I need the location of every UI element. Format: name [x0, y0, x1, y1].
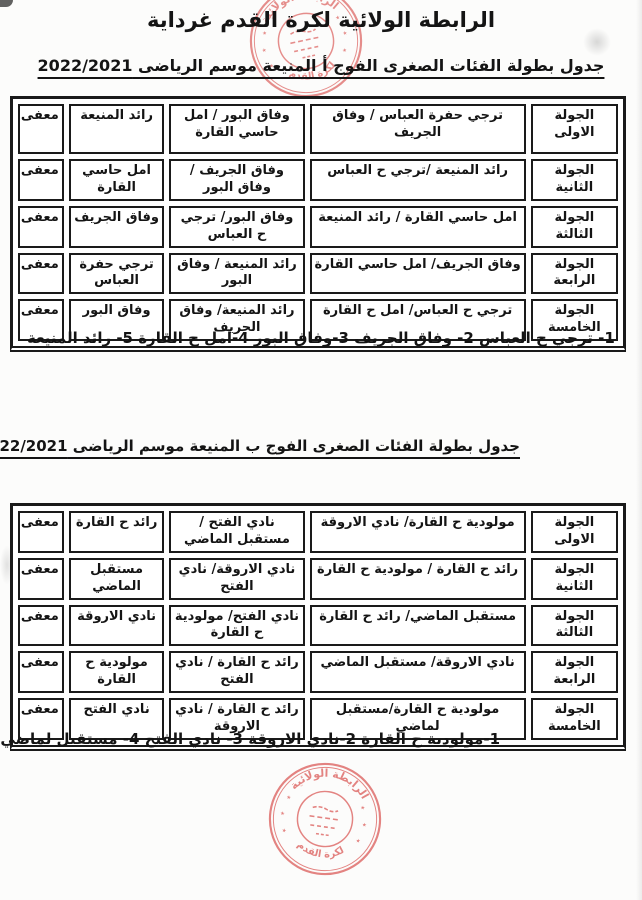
resting-team-cell: نادي الاروقة: [69, 605, 165, 647]
match-cell-1: نادي الاروقة/ مستقبل الماضي: [310, 651, 526, 693]
match-cell-2: وفاق البور/ ترجي ح العباس: [169, 206, 304, 248]
resting-team-cell: رائد المنيعة: [69, 104, 165, 154]
match-cell-2: وفاق الجريف / وفاق البور: [169, 159, 304, 201]
stamp-illegible-line: [310, 825, 337, 829]
league-stamp-bottom: الرابطة الولائية لكرة القدم ٭ ٭ ٭ ٭ ٭ ٭: [258, 752, 391, 885]
scan-corner-mark: [0, 0, 13, 7]
match-cell-1: ترجي حفرة العباس / وفاق الجريف: [310, 104, 526, 154]
round-cell: الجولة الرابعة: [531, 253, 618, 295]
schedule-row: الجولة الثانيةرائد ح القارة / مولودية ح …: [18, 558, 618, 600]
round-cell: الجولة الثانية: [531, 558, 618, 600]
section-b-subtitle-text: جدول بطولة الفئات الصغرى الفوج ب المنيعة…: [0, 437, 520, 455]
exempt-cell: معفى: [18, 159, 64, 201]
match-cell-1: مولودية ح القارة/ نادي الاروقة: [310, 511, 526, 553]
exempt-cell: معفى: [18, 558, 64, 600]
star-icon: ٭: [341, 45, 348, 56]
resting-team-cell: مولودية ح القارة: [69, 651, 165, 693]
star-icon: ٭: [279, 809, 285, 820]
group-b-ranking: 1-مولودية ح القارة 2-نادي الاروقة 3- ناد…: [0, 730, 500, 748]
group-a-ranking: 1- ترجي ح العباس 2- وفاق الجريف 3-وفاق ا…: [0, 329, 642, 347]
star-icon: ٭: [361, 820, 367, 831]
round-cell: الجولة الاولى: [531, 511, 618, 553]
section-a-subtitle-text: جدول بطولة الفئات الصغرى الفوج أ المنيعة…: [38, 56, 605, 75]
match-cell-1: رائد ح القارة / مولودية ح القارة: [310, 558, 526, 600]
stamp-bottom-text: لكرة القدم: [294, 839, 348, 864]
page-title: الرابطة الولائية لكرة القدم غرداية: [0, 8, 642, 32]
match-cell-2: وفاق البور / امل حاسي القارة: [169, 104, 304, 154]
resting-team-cell: امل حاسي القارة: [69, 159, 165, 201]
resting-team-cell: رائد ح القارة: [69, 511, 165, 553]
stamp-illegible-line: [310, 816, 341, 820]
exempt-cell: معفى: [18, 253, 64, 295]
match-cell-2: رائد ح القارة / نادي الفتح: [169, 651, 304, 693]
scan-edge-shadow: [636, 0, 642, 900]
match-cell-1: وفاق الجريف/ امل حاسي القارة: [310, 253, 526, 295]
stamp-illegible-line: [294, 46, 321, 52]
scan-smudge: [583, 28, 611, 56]
group-b-schedule-table: الجولة الاولىمولودية ح القارة/ نادي الار…: [10, 503, 626, 751]
star-icon: ٭: [286, 793, 292, 804]
stamp-top-text: الرابطة الولائية: [286, 761, 374, 802]
section-a-subtitle: جدول بطولة الفئات الصغرى الفوج أ المنيعة…: [0, 56, 642, 75]
star-icon: ٭: [261, 45, 268, 56]
round-cell: الجولة الثالثة: [531, 206, 618, 248]
schedule-row: الجولة الثانيةرائد المنيعة /ترجي ح العبا…: [18, 159, 618, 201]
round-cell: الجولة الاولى: [531, 104, 618, 154]
resting-team-cell: وفاق الجريف: [69, 206, 165, 248]
exempt-cell: معفى: [18, 511, 64, 553]
star-icon: ٭: [360, 803, 366, 814]
resting-team-cell: مستقبل الماضي: [69, 558, 165, 600]
exempt-cell: معفى: [18, 605, 64, 647]
star-icon: ٭: [281, 826, 287, 837]
resting-team-cell: ترجي حفرة العباس: [69, 253, 165, 295]
exempt-cell: معفى: [18, 206, 64, 248]
section-b-subtitle: جدول بطولة الفئات الصغرى الفوج ب المنيعة…: [0, 437, 520, 455]
match-cell-1: رائد المنيعة /ترجي ح العباس: [310, 159, 526, 201]
schedule-row: الجولة الاولىترجي حفرة العباس / وفاق الج…: [18, 104, 618, 154]
match-cell-2: رائد المنيعة / وفاق البور: [169, 253, 304, 295]
match-cell-2: نادي الاروقة/ نادي الفتح: [169, 558, 304, 600]
round-cell: الجولة الخامسة: [531, 698, 618, 740]
stamp-illegible-line: [313, 806, 339, 812]
stamp-mid-ring: [267, 761, 384, 878]
match-cell-1: امل حاسي القارة / رائد المنيعة: [310, 206, 526, 248]
schedule-row: الجولة الثالثةامل حاسي القارة / رائد الم…: [18, 206, 618, 248]
svg-text:الرابطة الولائية: الرابطة الولائية: [286, 761, 374, 802]
round-cell: الجولة الرابعة: [531, 651, 618, 693]
match-cell-2: نادي الفتح/ مولودية ح القارة: [169, 605, 304, 647]
exempt-cell: معفى: [18, 651, 64, 693]
schedule-row: الجولة الرابعةوفاق الجريف/ امل حاسي القا…: [18, 253, 618, 295]
exempt-cell: معفى: [18, 104, 64, 154]
match-cell-1: مستقبل الماضي/ رائد ح القارة: [310, 605, 526, 647]
stamp-outer-ring: [263, 757, 387, 881]
stamp-illegible-line: [290, 37, 321, 44]
schedule-row: الجولة الاولىمولودية ح القارة/ نادي الار…: [18, 511, 618, 553]
round-cell: الجولة الثانية: [531, 159, 618, 201]
schedule-row: الجولة الثالثةمستقبل الماضي/ رائد ح القا…: [18, 605, 618, 647]
match-cell-2: نادي الفتح / مستقبل الماضي: [169, 511, 304, 553]
stamp-illegible-line: [316, 834, 331, 836]
round-cell: الجولة الثالثة: [531, 605, 618, 647]
scanned-schedule-document: { "document": { "title": "الرابطة الولائ…: [0, 0, 642, 900]
star-icon: ٭: [355, 836, 361, 847]
schedule-row: الجولة الرابعةنادي الاروقة/ مستقبل الماض…: [18, 651, 618, 693]
group-a-schedule-table: الجولة الاولىترجي حفرة العباس / وفاق الج…: [10, 96, 626, 352]
svg-text:لكرة القدم: لكرة القدم: [294, 839, 348, 864]
stamp-inner-ring: [294, 788, 356, 850]
